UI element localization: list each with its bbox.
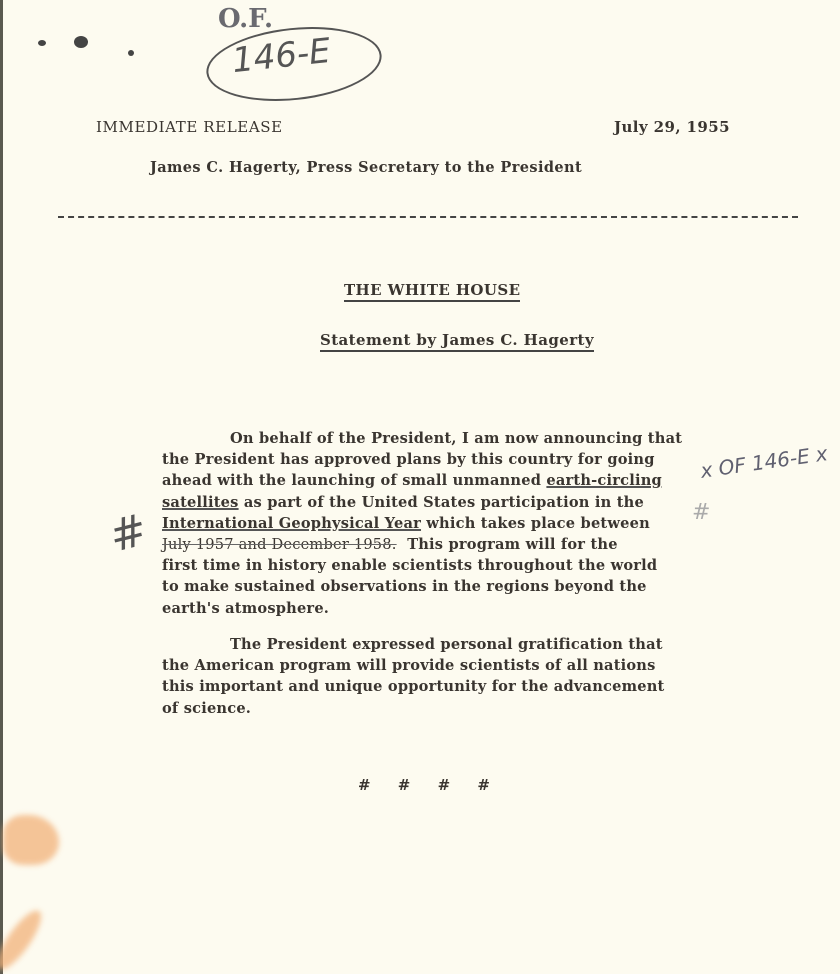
text-line: first time in history enable scientists … — [162, 555, 722, 576]
text-line: July 1957 and December 1958. This progra… — [162, 534, 722, 555]
paragraph-2: The President expressed personal gratifi… — [162, 634, 722, 719]
subheading: Statement by James C. Hagerty — [320, 331, 594, 352]
underlined-phrase: earth-circling — [546, 472, 662, 489]
stain-upper — [3, 815, 59, 865]
end-marks: # # # # — [358, 776, 490, 794]
text-line: earth's atmosphere. — [162, 598, 722, 619]
office-file-stamp: O.F. — [218, 4, 273, 34]
text-span: This program will for the — [407, 536, 618, 553]
text-span: which takes place between — [426, 515, 650, 532]
text-line: On behalf of the President, I am now ann… — [162, 428, 722, 449]
text-line: the President has approved plans by this… — [162, 449, 722, 470]
text-line: of science. — [162, 698, 722, 719]
ink-smudge — [38, 40, 46, 46]
release-date: July 29, 1955 — [614, 118, 730, 136]
text-line: The President expressed personal gratifi… — [162, 634, 722, 655]
ink-dot — [128, 50, 134, 56]
margin-hash-mark: # — [104, 504, 152, 562]
underlined-phrase: International Geophysical Year — [162, 515, 421, 532]
from-line: James C. Hagerty, Press Secretary to the… — [150, 159, 582, 176]
underlined-phrase: satellites — [162, 494, 239, 511]
release-label: IMMEDIATE RELEASE — [96, 118, 283, 136]
text-span: as part of the United States participati… — [244, 494, 644, 511]
text-line: the American program will provide scient… — [162, 655, 722, 676]
ink-smudge — [74, 36, 88, 48]
text-line: satellites as part of the United States … — [162, 492, 722, 513]
text-line: ahead with the launching of small unmann… — [162, 470, 722, 491]
text-span: ahead with the launching of small unmann… — [162, 472, 541, 489]
struck-phrase: July 1957 and December 1958. — [162, 536, 397, 553]
heading: THE WHITE HOUSE — [344, 281, 520, 302]
text-line: to make sustained observations in the re… — [162, 576, 722, 597]
text-line: International Geophysical Year which tak… — [162, 513, 722, 534]
stain-lower — [0, 905, 48, 974]
page-edge — [0, 0, 3, 974]
paragraph-1: On behalf of the President, I am now ann… — [162, 428, 722, 619]
dashed-divider — [58, 216, 798, 218]
text-line: this important and unique opportunity fo… — [162, 676, 722, 697]
